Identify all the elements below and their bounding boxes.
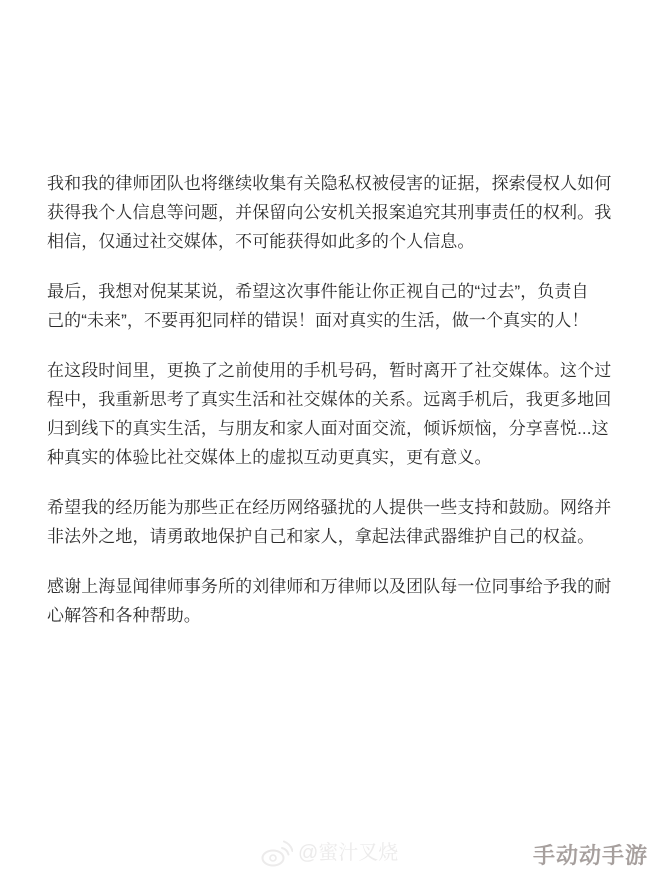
- weibo-icon: [261, 839, 293, 867]
- paragraph-thanks-law-firm: 感谢上海显闻律师事务所的刘律师和万律师以及团队每一位同事给予我的耐 心解答和各种…: [47, 572, 622, 630]
- paragraph-message-to-ni: 最后，我想对倪某某说，希望这次事件能让你正视自己的“过去”，负责自 己的“未来”…: [47, 277, 622, 335]
- statement-image-page: 我和我的律师团队也将继续收集有关隐私权被侵害的证据，探索侵权人如何 获得我个人信…: [0, 0, 653, 874]
- paragraph-lawyer-evidence: 我和我的律师团队也将继续收集有关隐私权被侵害的证据，探索侵权人如何 获得我个人信…: [47, 169, 622, 256]
- weibo-handle: @蜜汁叉烧: [298, 838, 398, 868]
- site-watermark: 手动动手游: [533, 842, 648, 870]
- weibo-watermark: @蜜汁叉烧: [261, 838, 398, 868]
- paragraph-offline-life: 在这段时间里，更换了之前使用的手机号码，暂时离开了社交媒体。这个过 程中，我重新…: [47, 356, 622, 472]
- paragraph-encouragement: 希望我的经历能为那些正在经历网络骚扰的人提供一些支持和鼓励。网络并 非法外之地，…: [47, 493, 622, 551]
- statement-text-block: 我和我的律师团队也将继续收集有关隐私权被侵害的证据，探索侵权人如何 获得我个人信…: [47, 169, 622, 651]
